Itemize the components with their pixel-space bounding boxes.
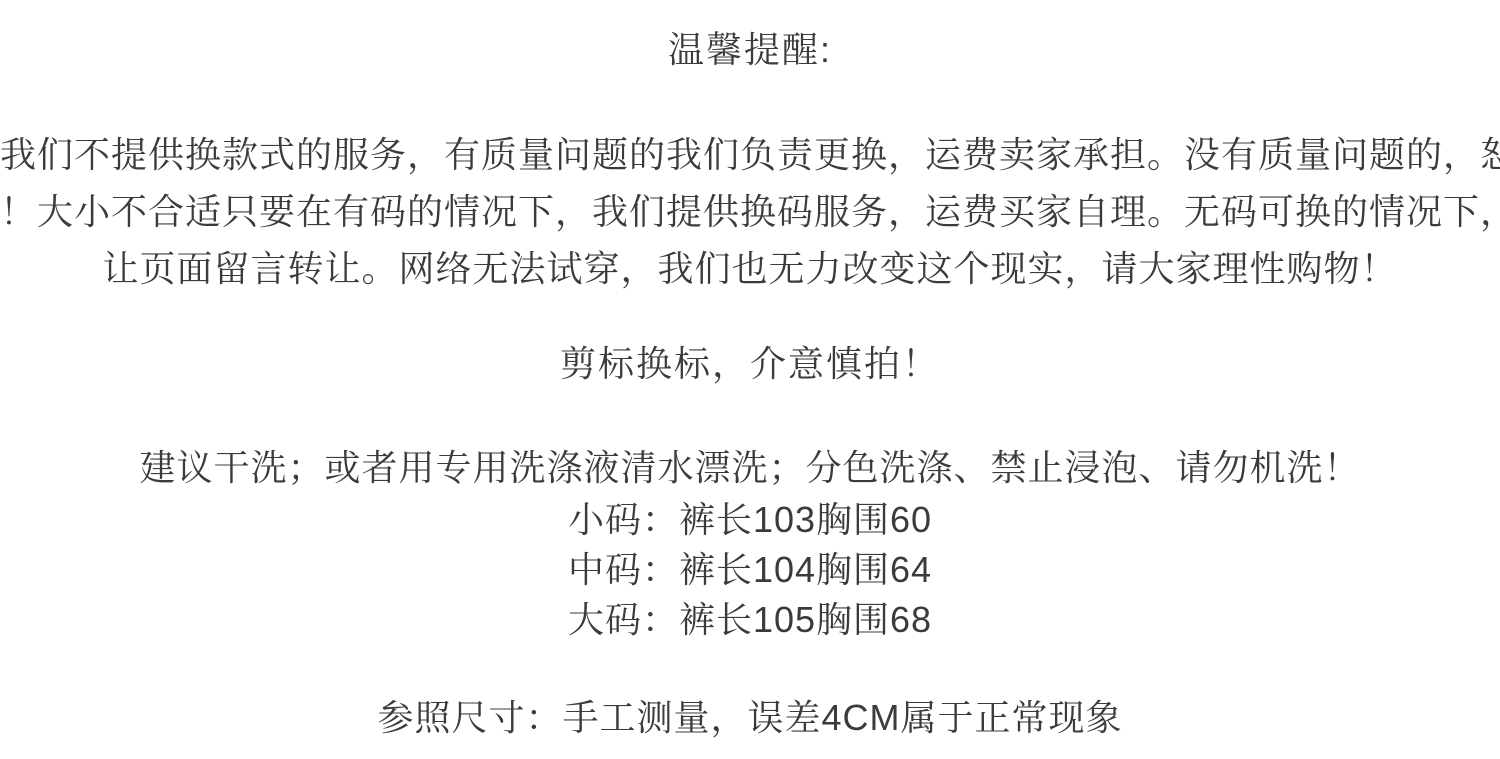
size-item-medium: 中码：裤长104胸围64 xyxy=(0,545,1500,595)
size-item-small: 小码：裤长103胸围60 xyxy=(0,495,1500,545)
policy-line: ！大小不合适只要在有码的情况下，我们提供换码服务，运费买家自理。无码可换的情况下… xyxy=(0,183,1500,240)
policy-line: 让页面留言转让。网络无法试穿，我们也无力改变这个现实，请大家理性购物！ xyxy=(0,240,1500,297)
size-list: 小码：裤长103胸围60 中码：裤长104胸围64 大码：裤长105胸围68 xyxy=(0,495,1500,645)
size-item-large: 大码：裤长105胸围68 xyxy=(0,595,1500,645)
measurement-note: 参照尺寸：手工测量，误差4CM属于正常现象 xyxy=(0,695,1500,741)
washing-instructions: 建议干洗；或者用专用洗涤液清水漂洗；分色洗涤、禁止浸泡、请勿机洗！ xyxy=(0,445,1500,491)
product-description-page: 温馨提醒: 我们不提供换款式的服务，有质量问题的我们负责更换，运费卖家承担。没有… xyxy=(0,0,1500,759)
page-title: 温馨提醒: xyxy=(0,0,1500,72)
label-cut-notice: 剪标换标，介意慎拍！ xyxy=(0,341,1500,387)
exchange-policy-paragraph: 我们不提供换款式的服务，有质量问题的我们负责更换，运费卖家承担。没有质量问题的，… xyxy=(0,126,1500,297)
policy-line: 我们不提供换款式的服务，有质量问题的我们负责更换，运费卖家承担。没有质量问题的，… xyxy=(0,126,1500,183)
